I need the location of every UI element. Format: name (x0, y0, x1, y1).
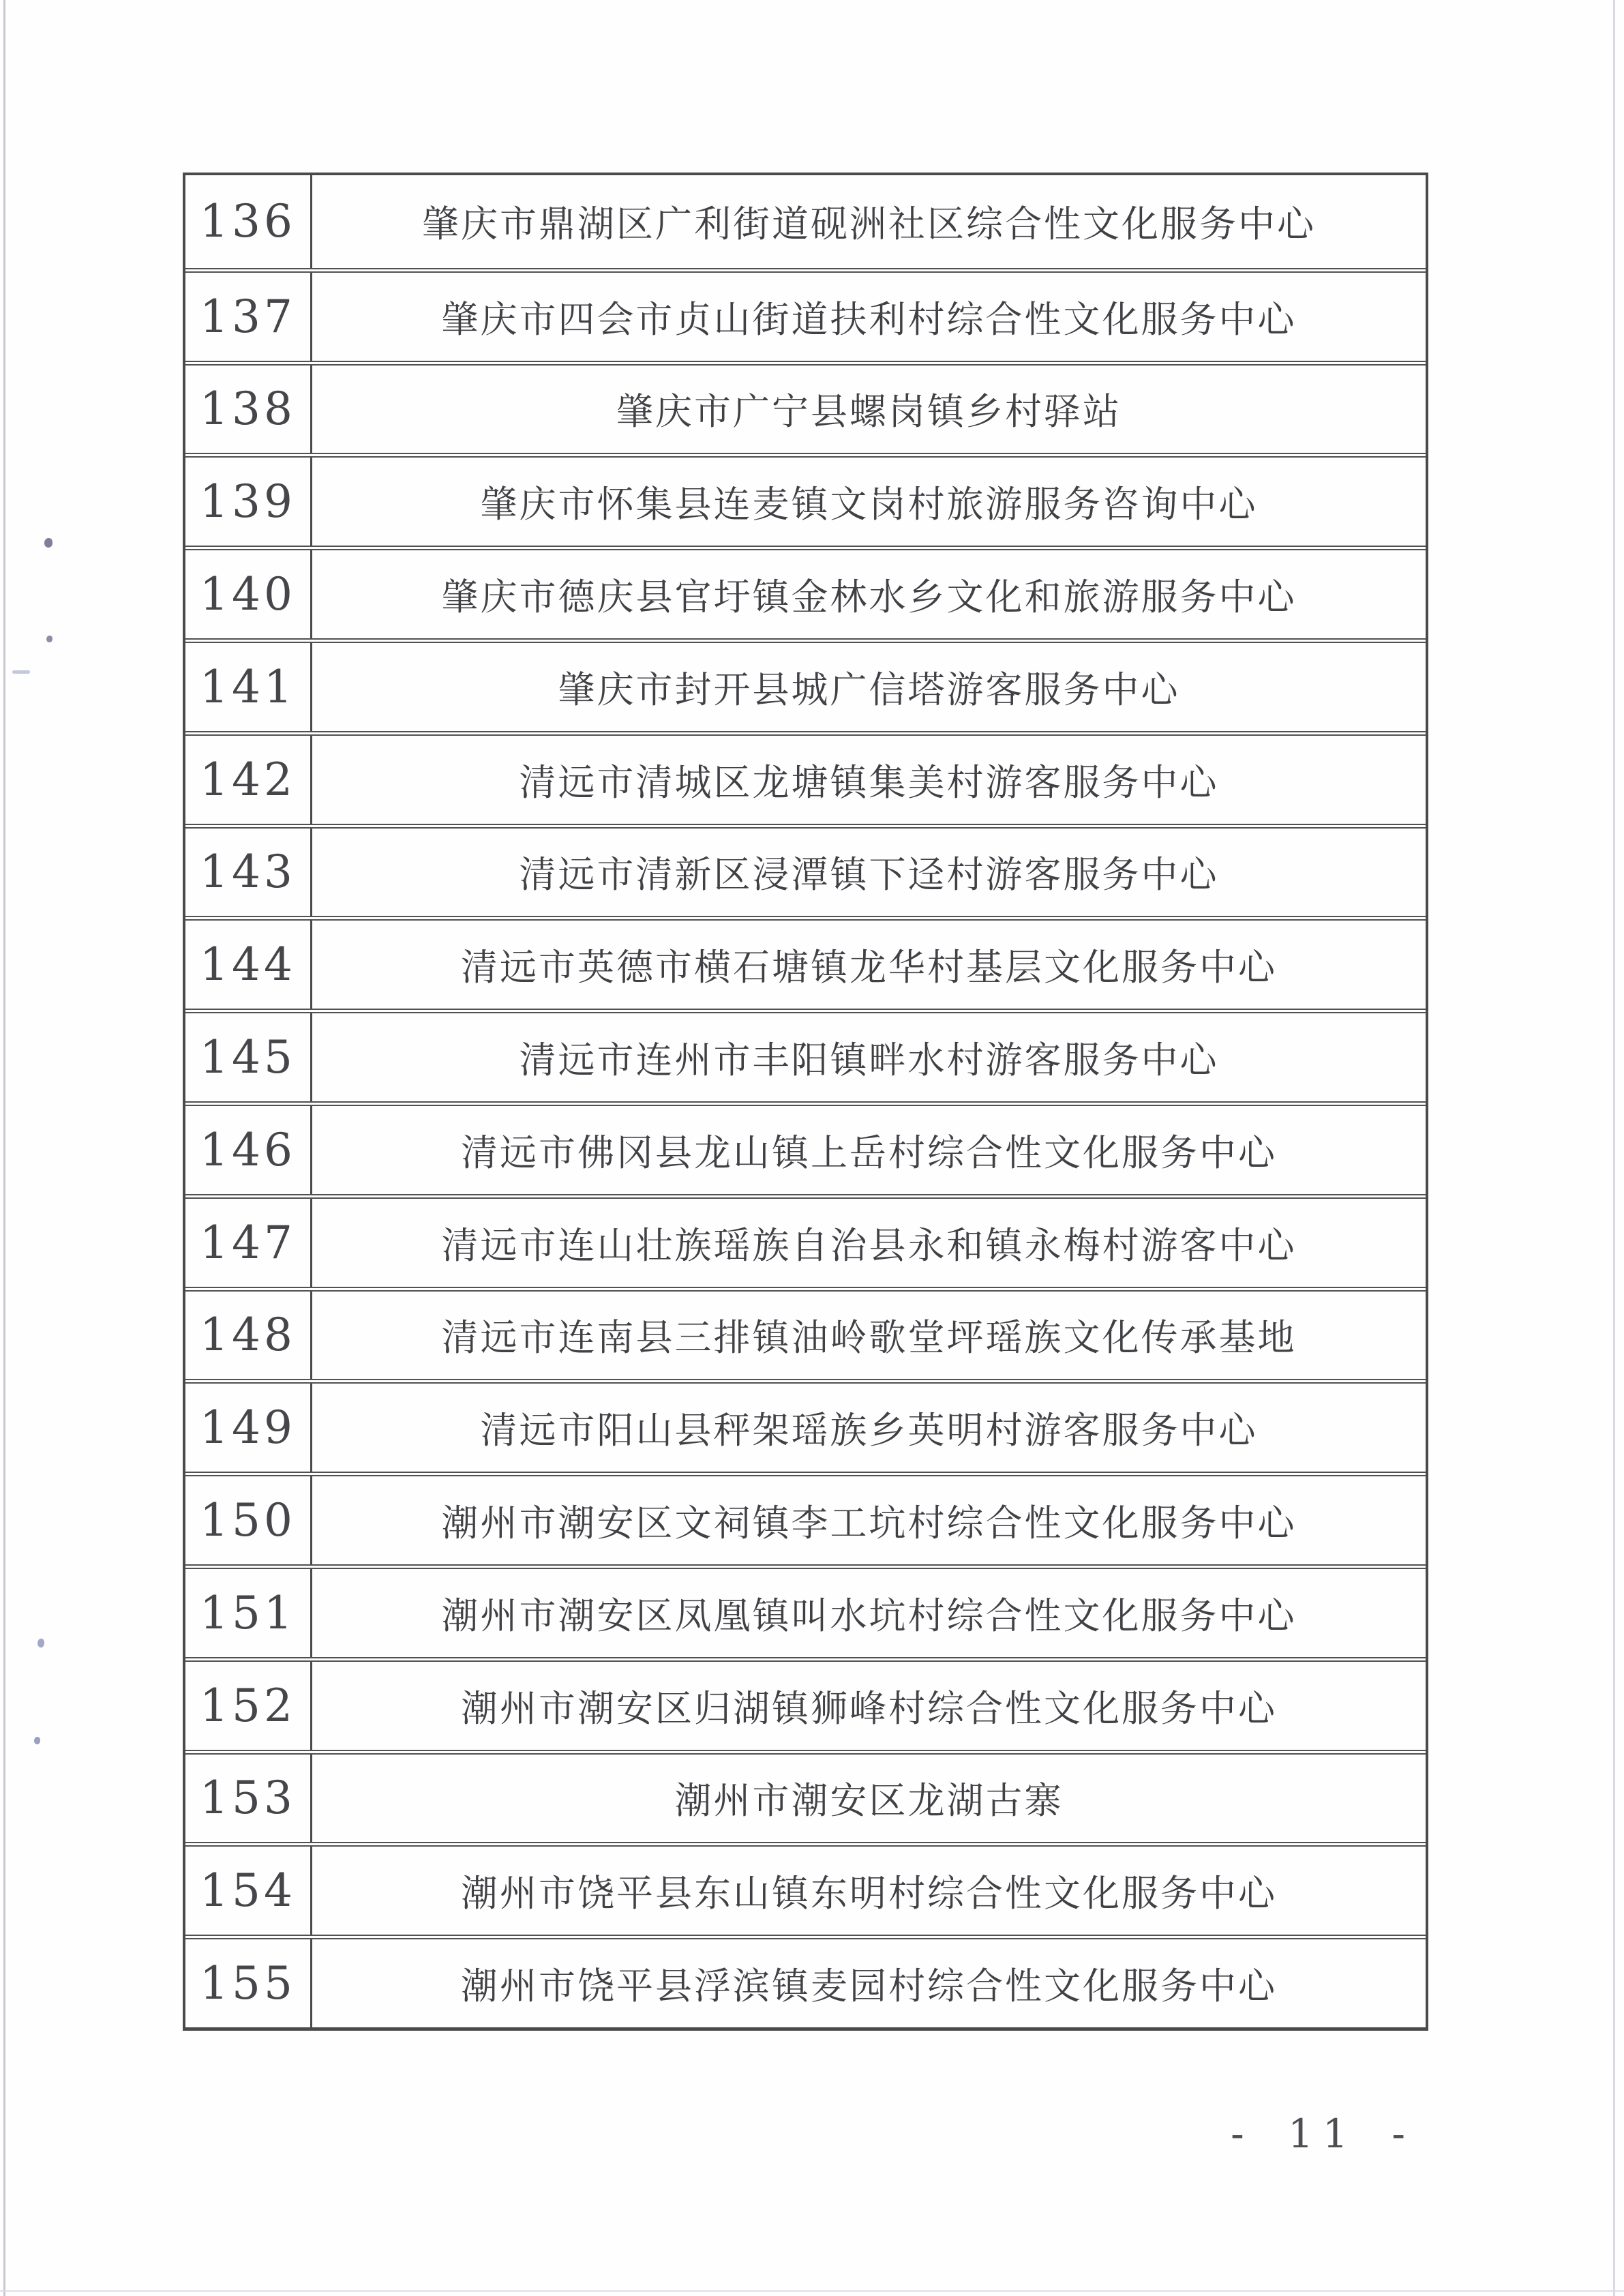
scan-speck (12, 670, 30, 674)
row-name-cell: 潮州市饶平县浮滨镇麦园村综合性文化服务中心 (312, 1939, 1426, 2027)
row-number-cell: 141 (185, 643, 312, 731)
row-name-cell: 肇庆市德庆县官圩镇金林水乡文化和旅游服务中心 (312, 550, 1426, 638)
row-name-cell: 清远市阳山县秤架瑶族乡英明村游客服务中心 (312, 1384, 1426, 1472)
table-row: 142 清远市清城区龙塘镇集美村游客服务中心 (185, 731, 1426, 824)
row-number-cell: 148 (185, 1292, 312, 1380)
scan-edge-right-line (1613, 0, 1615, 2296)
row-name-cell: 肇庆市封开县城广信塔游客服务中心 (312, 643, 1426, 731)
table-row: 145 清远市连州市丰阳镇畔水村游客服务中心 (185, 1009, 1426, 1101)
table-row: 143 清远市清新区浸潭镇下迳村游客服务中心 (185, 824, 1426, 916)
row-name-cell: 清远市佛冈县龙山镇上岳村综合性文化服务中心 (312, 1106, 1426, 1194)
row-name-cell: 潮州市潮安区龙湖古寨 (312, 1755, 1426, 1843)
table-row: 153 潮州市潮安区龙湖古寨 (185, 1750, 1426, 1843)
row-number-cell: 146 (185, 1106, 312, 1194)
document-page: 136 肇庆市鼎湖区广利街道砚洲社区综合性文化服务中心 137 肇庆市四会市贞山… (0, 0, 1624, 2296)
row-name-cell: 潮州市潮安区凤凰镇叫水坑村综合性文化服务中心 (312, 1569, 1426, 1657)
row-name-cell: 潮州市潮安区归湖镇狮峰村综合性文化服务中心 (312, 1662, 1426, 1750)
table-row: 144 清远市英德市横石塘镇龙华村基层文化服务中心 (185, 916, 1426, 1009)
table-row: 149 清远市阳山县秤架瑶族乡英明村游客服务中心 (185, 1379, 1426, 1472)
scan-speck (46, 636, 52, 642)
table-row: 152 潮州市潮安区归湖镇狮峰村综合性文化服务中心 (185, 1657, 1426, 1750)
table-row: 148 清远市连南县三排镇油岭歌堂坪瑶族文化传承基地 (185, 1287, 1426, 1380)
row-number-cell: 143 (185, 829, 312, 916)
facilities-table: 136 肇庆市鼎湖区广利街道砚洲社区综合性文化服务中心 137 肇庆市四会市贞山… (183, 173, 1428, 2031)
row-name-cell: 清远市连州市丰阳镇畔水村游客服务中心 (312, 1013, 1426, 1101)
table-row: 137 肇庆市四会市贞山街道扶利村综合性文化服务中心 (185, 268, 1426, 361)
row-number-cell: 153 (185, 1755, 312, 1843)
table-row: 138 肇庆市广宁县螺岗镇乡村驿站 (185, 361, 1426, 453)
row-name-cell: 肇庆市怀集县连麦镇文岗村旅游服务咨询中心 (312, 458, 1426, 546)
table-row: 155 潮州市饶平县浮滨镇麦园村综合性文化服务中心 (185, 1935, 1426, 2027)
row-name-cell: 肇庆市四会市贞山街道扶利村综合性文化服务中心 (312, 273, 1426, 361)
row-number-cell: 149 (185, 1384, 312, 1472)
table-row: 150 潮州市潮安区文祠镇李工坑村综合性文化服务中心 (185, 1472, 1426, 1564)
row-name-cell: 潮州市潮安区文祠镇李工坑村综合性文化服务中心 (312, 1476, 1426, 1564)
row-number-cell: 138 (185, 366, 312, 453)
row-number-cell: 150 (185, 1476, 312, 1564)
table-row: 146 清远市佛冈县龙山镇上岳村综合性文化服务中心 (185, 1101, 1426, 1194)
row-number-cell: 140 (185, 550, 312, 638)
table-row: 151 潮州市潮安区凤凰镇叫水坑村综合性文化服务中心 (185, 1564, 1426, 1657)
table-row: 136 肇庆市鼎湖区广利街道砚洲社区综合性文化服务中心 (185, 175, 1426, 268)
scan-edge-bottom-line (0, 2290, 1624, 2292)
row-number-cell: 155 (185, 1939, 312, 2027)
row-name-cell: 清远市英德市横石塘镇龙华村基层文化服务中心 (312, 921, 1426, 1009)
row-name-cell: 潮州市饶平县东山镇东明村综合性文化服务中心 (312, 1847, 1426, 1935)
row-name-cell: 肇庆市广宁县螺岗镇乡村驿站 (312, 366, 1426, 453)
scan-edge-left-line (3, 0, 5, 2296)
table-row: 140 肇庆市德庆县官圩镇金林水乡文化和旅游服务中心 (185, 546, 1426, 638)
row-number-cell: 154 (185, 1847, 312, 1935)
table-row: 154 潮州市饶平县东山镇东明村综合性文化服务中心 (185, 1842, 1426, 1935)
row-number-cell: 151 (185, 1569, 312, 1657)
row-number-cell: 152 (185, 1662, 312, 1750)
row-name-cell: 肇庆市鼎湖区广利街道砚洲社区综合性文化服务中心 (312, 175, 1426, 268)
scan-speck (34, 1737, 40, 1744)
table-row: 147 清远市连山壮族瑶族自治县永和镇永梅村游客中心 (185, 1194, 1426, 1287)
row-number-cell: 144 (185, 921, 312, 1009)
row-name-cell: 清远市清城区龙塘镇集美村游客服务中心 (312, 736, 1426, 824)
row-number-cell: 137 (185, 273, 312, 361)
row-name-cell: 清远市清新区浸潭镇下迳村游客服务中心 (312, 829, 1426, 916)
page-number: - 11 - (1220, 2111, 1425, 2157)
row-number-cell: 136 (185, 175, 312, 268)
row-number-cell: 147 (185, 1199, 312, 1287)
scan-speck (37, 1639, 44, 1648)
table-row: 141 肇庆市封开县城广信塔游客服务中心 (185, 638, 1426, 731)
row-name-cell: 清远市连山壮族瑶族自治县永和镇永梅村游客中心 (312, 1199, 1426, 1287)
row-number-cell: 145 (185, 1013, 312, 1101)
row-number-cell: 142 (185, 736, 312, 824)
row-number-cell: 139 (185, 458, 312, 546)
table-row: 139 肇庆市怀集县连麦镇文岗村旅游服务咨询中心 (185, 453, 1426, 546)
row-name-cell: 清远市连南县三排镇油岭歌堂坪瑶族文化传承基地 (312, 1292, 1426, 1380)
scan-speck (44, 538, 52, 548)
